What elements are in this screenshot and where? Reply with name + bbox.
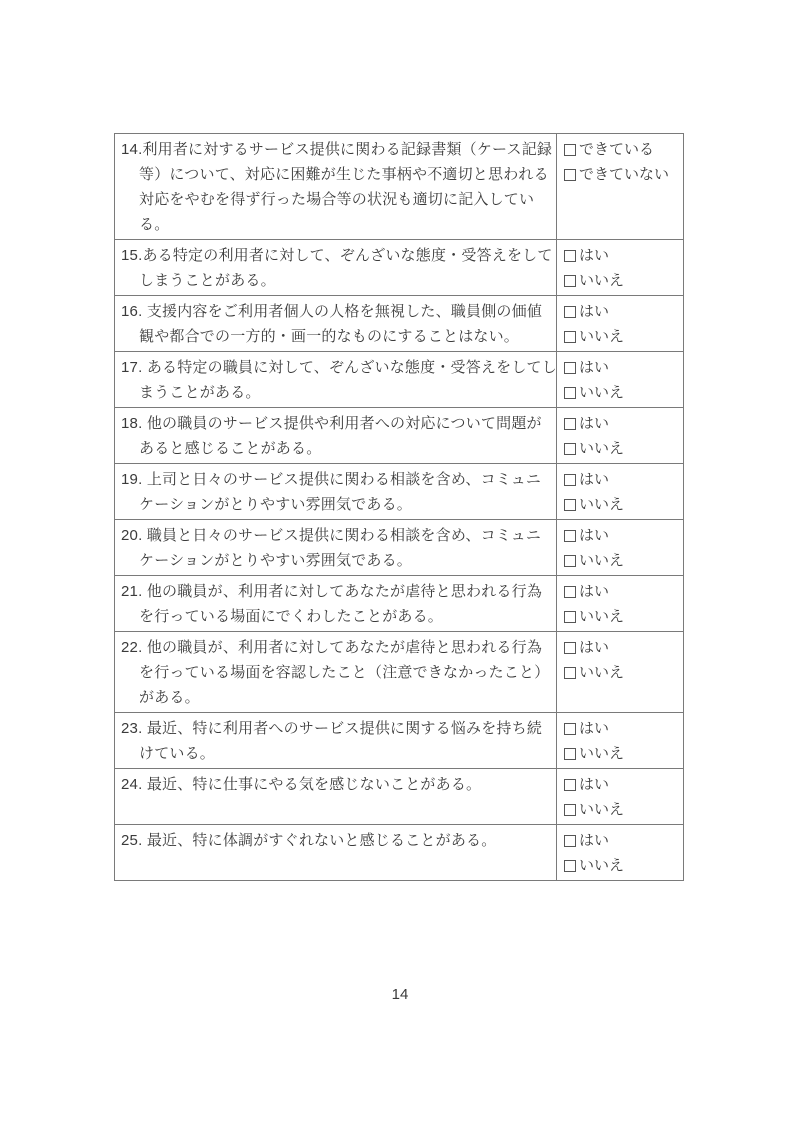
answer-option-label: はい: [579, 523, 609, 548]
question-text-line: 18. 他の職員のサービス提供や利用者への対応について問題が: [121, 411, 548, 436]
document-page: 14.利用者に対するサービス提供に関わる記録書類（ケース記録等）について、対応に…: [0, 0, 800, 1131]
question-text-line: 23. 最近、特に利用者へのサービス提供に関する悩みを持ち続: [121, 716, 548, 741]
answer-option-label: はい: [579, 467, 609, 492]
checkbox-icon[interactable]: [564, 499, 576, 511]
question-cell: 16. 支援内容をご利用者個人の人格を無視した、職員側の価値観や都合での一方的・…: [115, 296, 557, 351]
checkbox-icon[interactable]: [564, 275, 576, 287]
checkbox-icon[interactable]: [564, 250, 576, 262]
answer-option-label: はい: [579, 243, 609, 268]
answer-option: できていない: [564, 162, 679, 187]
answer-option-label: いいえ: [579, 797, 624, 822]
table-row: 18. 他の職員のサービス提供や利用者への対応について問題があると感じることがあ…: [115, 407, 683, 463]
table-row: 20. 職員と日々のサービス提供に関わる相談を含め、コミュニケーションがとりやす…: [115, 519, 683, 575]
checkbox-icon[interactable]: [564, 555, 576, 567]
question-text-line: を行っている場面を容認したこと（注意できなかったこと）: [121, 660, 548, 685]
checkbox-icon[interactable]: [564, 835, 576, 847]
question-cell: 14.利用者に対するサービス提供に関わる記録書類（ケース記録等）について、対応に…: [115, 134, 557, 239]
question-cell: 18. 他の職員のサービス提供や利用者への対応について問題があると感じることがあ…: [115, 408, 557, 463]
checkbox-icon[interactable]: [564, 144, 576, 156]
question-cell: 17. ある特定の職員に対して、ぞんざいな態度・受答えをしてしまうことがある。: [115, 352, 557, 407]
checkbox-icon[interactable]: [564, 611, 576, 623]
answer-option: いいえ: [564, 660, 679, 685]
checkbox-icon[interactable]: [564, 779, 576, 791]
answer-cell: はいいいえ: [557, 296, 683, 351]
checkbox-icon[interactable]: [564, 418, 576, 430]
answer-option-label: いいえ: [579, 853, 624, 878]
checkbox-icon[interactable]: [564, 748, 576, 760]
question-cell: 24. 最近、特に仕事にやる気を感じないことがある。: [115, 769, 557, 824]
question-cell: 21. 他の職員が、利用者に対してあなたが虐待と思われる行為を行っている場面にで…: [115, 576, 557, 631]
question-text-line: あると感じることがある。: [121, 436, 548, 461]
answer-option-label: はい: [579, 411, 609, 436]
checkbox-icon[interactable]: [564, 723, 576, 735]
question-text-line: 15.ある特定の利用者に対して、ぞんざいな態度・受答えをして: [121, 243, 548, 268]
question-text-line: 20. 職員と日々のサービス提供に関わる相談を含め、コミュニ: [121, 523, 548, 548]
question-text-line: がある。: [121, 685, 548, 710]
answer-option-label: できている: [579, 137, 654, 162]
answer-option: いいえ: [564, 324, 679, 349]
checkbox-icon[interactable]: [564, 387, 576, 399]
question-text-line: 19. 上司と日々のサービス提供に関わる相談を含め、コミュニ: [121, 467, 548, 492]
answer-option-label: はい: [579, 716, 609, 741]
answer-option: いいえ: [564, 492, 679, 517]
answer-option: できている: [564, 137, 679, 162]
checkbox-icon[interactable]: [564, 169, 576, 181]
answer-option: はい: [564, 828, 679, 853]
answer-cell: はいいいえ: [557, 352, 683, 407]
answer-option: いいえ: [564, 380, 679, 405]
answer-option: いいえ: [564, 436, 679, 461]
answer-option-label: はい: [579, 635, 609, 660]
answer-option: はい: [564, 467, 679, 492]
answer-cell: はいいいえ: [557, 769, 683, 824]
table-row: 24. 最近、特に仕事にやる気を感じないことがある。はいいいえ: [115, 768, 683, 824]
question-text-line: 22. 他の職員が、利用者に対してあなたが虐待と思われる行為: [121, 635, 548, 660]
answer-option-label: いいえ: [579, 741, 624, 766]
answer-option-label: できていない: [579, 162, 669, 187]
table-row: 21. 他の職員が、利用者に対してあなたが虐待と思われる行為を行っている場面にで…: [115, 575, 683, 631]
answer-option: いいえ: [564, 741, 679, 766]
table-row: 25. 最近、特に体調がすぐれないと感じることがある。はいいいえ: [115, 824, 683, 880]
answer-option: はい: [564, 523, 679, 548]
checkbox-icon[interactable]: [564, 530, 576, 542]
table-row: 19. 上司と日々のサービス提供に関わる相談を含め、コミュニケーションがとりやす…: [115, 463, 683, 519]
question-text-line: を行っている場面にでくわしたことがある。: [121, 604, 548, 629]
question-cell: 23. 最近、特に利用者へのサービス提供に関する悩みを持ち続けている。: [115, 713, 557, 768]
table-row: 16. 支援内容をご利用者個人の人格を無視した、職員側の価値観や都合での一方的・…: [115, 295, 683, 351]
question-text-line: 21. 他の職員が、利用者に対してあなたが虐待と思われる行為: [121, 579, 548, 604]
answer-option-label: いいえ: [579, 268, 624, 293]
answer-option: はい: [564, 411, 679, 436]
question-text-line: ケーションがとりやすい雰囲気である。: [121, 492, 548, 517]
question-cell: 15.ある特定の利用者に対して、ぞんざいな態度・受答えをしてしまうことがある。: [115, 240, 557, 295]
answer-option-label: はい: [579, 355, 609, 380]
answer-cell: はいいいえ: [557, 576, 683, 631]
answer-cell: はいいいえ: [557, 713, 683, 768]
answer-option: いいえ: [564, 548, 679, 573]
table-row: 22. 他の職員が、利用者に対してあなたが虐待と思われる行為を行っている場面を容…: [115, 631, 683, 712]
table-row: 17. ある特定の職員に対して、ぞんざいな態度・受答えをしてしまうことがある。は…: [115, 351, 683, 407]
question-cell: 20. 職員と日々のサービス提供に関わる相談を含め、コミュニケーションがとりやす…: [115, 520, 557, 575]
checkbox-icon[interactable]: [564, 306, 576, 318]
answer-option-label: はい: [579, 579, 609, 604]
checkbox-icon[interactable]: [564, 474, 576, 486]
question-text-line: 14.利用者に対するサービス提供に関わる記録書類（ケース記録: [121, 137, 548, 162]
question-text-line: 17. ある特定の職員に対して、ぞんざいな態度・受答えをしてし: [121, 355, 548, 380]
table-row: 14.利用者に対するサービス提供に関わる記録書類（ケース記録等）について、対応に…: [115, 134, 683, 239]
answer-option: はい: [564, 772, 679, 797]
checkbox-icon[interactable]: [564, 362, 576, 374]
answer-option-label: はい: [579, 828, 609, 853]
answer-option-label: はい: [579, 772, 609, 797]
answer-option-label: いいえ: [579, 548, 624, 573]
table-row: 23. 最近、特に利用者へのサービス提供に関する悩みを持ち続けている。はいいいえ: [115, 712, 683, 768]
checkbox-icon[interactable]: [564, 443, 576, 455]
checkbox-icon[interactable]: [564, 667, 576, 679]
checkbox-icon[interactable]: [564, 642, 576, 654]
answer-option: いいえ: [564, 853, 679, 878]
question-text-line: 25. 最近、特に体調がすぐれないと感じることがある。: [121, 828, 548, 853]
answer-option-label: いいえ: [579, 380, 624, 405]
question-text-line: 24. 最近、特に仕事にやる気を感じないことがある。: [121, 772, 548, 797]
answer-option-label: いいえ: [579, 604, 624, 629]
answer-option-label: いいえ: [579, 660, 624, 685]
question-text-line: ケーションがとりやすい雰囲気である。: [121, 548, 548, 573]
question-text-line: まうことがある。: [121, 380, 548, 405]
question-text-line: る。: [121, 212, 548, 237]
answer-option: はい: [564, 299, 679, 324]
question-text-line: けている。: [121, 741, 548, 766]
question-cell: 25. 最近、特に体調がすぐれないと感じることがある。: [115, 825, 557, 880]
answer-cell: はいいいえ: [557, 408, 683, 463]
answer-cell: はいいいえ: [557, 632, 683, 712]
checkbox-icon[interactable]: [564, 586, 576, 598]
answer-option-label: いいえ: [579, 492, 624, 517]
answer-cell: はいいいえ: [557, 464, 683, 519]
answer-option-label: はい: [579, 299, 609, 324]
checkbox-icon[interactable]: [564, 331, 576, 343]
answer-option: はい: [564, 243, 679, 268]
answer-cell: はいいいえ: [557, 520, 683, 575]
question-text-line: 等）について、対応に困難が生じた事柄や不適切と思われる: [121, 162, 548, 187]
answer-option-label: いいえ: [579, 324, 624, 349]
question-text-line: 対応をやむを得ず行った場合等の状況も適切に記入してい: [121, 187, 548, 212]
checkbox-icon[interactable]: [564, 860, 576, 872]
answer-option: いいえ: [564, 268, 679, 293]
answer-option-label: いいえ: [579, 436, 624, 461]
answer-option: はい: [564, 635, 679, 660]
questionnaire-table: 14.利用者に対するサービス提供に関わる記録書類（ケース記録等）について、対応に…: [114, 133, 684, 881]
question-cell: 19. 上司と日々のサービス提供に関わる相談を含め、コミュニケーションがとりやす…: [115, 464, 557, 519]
question-cell: 22. 他の職員が、利用者に対してあなたが虐待と思われる行為を行っている場面を容…: [115, 632, 557, 712]
answer-option: いいえ: [564, 797, 679, 822]
answer-option: はい: [564, 579, 679, 604]
answer-cell: できているできていない: [557, 134, 683, 239]
answer-option: はい: [564, 355, 679, 380]
answer-cell: はいいいえ: [557, 825, 683, 880]
answer-cell: はいいいえ: [557, 240, 683, 295]
page-number: 14: [0, 986, 800, 1003]
question-text-line: 16. 支援内容をご利用者個人の人格を無視した、職員側の価値: [121, 299, 548, 324]
table-row: 15.ある特定の利用者に対して、ぞんざいな態度・受答えをしてしまうことがある。は…: [115, 239, 683, 295]
answer-option: いいえ: [564, 604, 679, 629]
checkbox-icon[interactable]: [564, 804, 576, 816]
answer-option: はい: [564, 716, 679, 741]
question-text-line: しまうことがある。: [121, 268, 548, 293]
question-text-line: 観や都合での一方的・画一的なものにすることはない。: [121, 324, 548, 349]
